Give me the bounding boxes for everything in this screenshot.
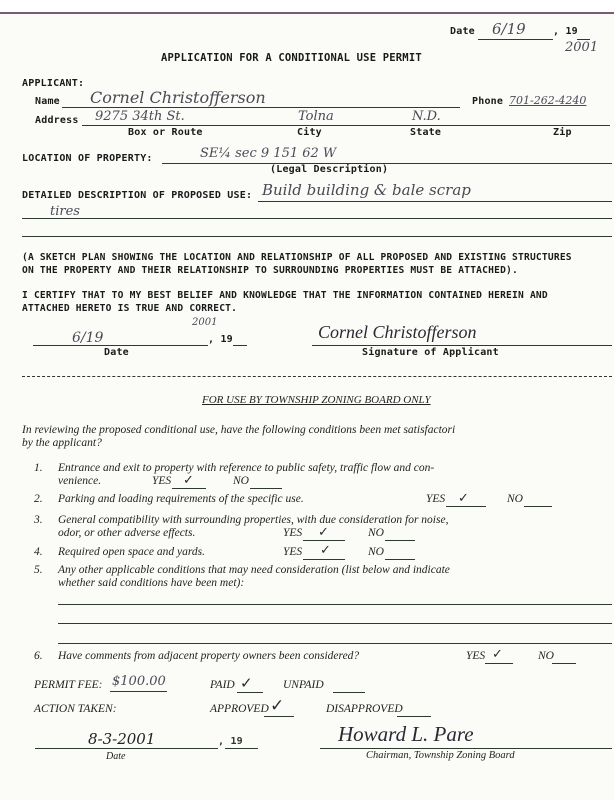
applicant-year-line [233, 345, 247, 346]
condition-1-no-label: NO [233, 475, 249, 487]
chairman-label: Chairman, Township Zoning Board [366, 750, 515, 761]
applicant-date-label: Date [104, 347, 129, 358]
condition-2-num: 2. [34, 493, 43, 505]
paid-line [237, 692, 263, 693]
decision-date-field[interactable]: 8-3-2001 [88, 730, 155, 748]
sketch-note-line2: ON THE PROPERTY AND THEIR RELATIONSHIP T… [22, 265, 518, 276]
zip-label: Zip [553, 127, 572, 138]
decision-year-prefix: , 19 [218, 736, 243, 747]
sketch-note-line1: (A SKETCH PLAN SHOWING THE LOCATION AND … [22, 252, 572, 263]
legal-description-label: (Legal Description) [270, 164, 388, 175]
header-date-value[interactable]: 6/19 [492, 20, 526, 38]
applicant-signature[interactable]: Cornel Christofferson [318, 322, 477, 343]
board-intro-line2: by the applicant? [22, 437, 102, 449]
condition-6-yes-line [485, 663, 513, 664]
description-field-line1[interactable]: Build building & bale scrap [262, 181, 471, 199]
applicant-year-prefix: , 19 [208, 334, 233, 345]
name-line [62, 107, 460, 108]
other-conditions-line-2[interactable] [58, 623, 612, 624]
condition-3-no-line[interactable] [385, 540, 415, 541]
condition-1-num: 1. [34, 462, 43, 474]
state-field[interactable]: N.D. [412, 109, 441, 124]
box-or-route-label: Box or Route [128, 127, 203, 138]
city-field[interactable]: Tolna [298, 109, 334, 124]
section-divider [22, 376, 612, 377]
phone-field[interactable]: 701-262-4240 [509, 94, 586, 107]
condition-2-yes-label: YES [426, 493, 445, 505]
condition-5-num: 5. [34, 564, 43, 576]
condition-5-text: Any other applicable conditions that may… [58, 564, 450, 576]
condition-1-yes-label: YES [152, 475, 171, 487]
location-field[interactable]: SE¼ sec 9 151 62 W [200, 146, 336, 161]
unpaid-line[interactable] [333, 692, 365, 693]
description-line-3 [22, 236, 612, 237]
condition-3-num: 3. [34, 514, 43, 526]
decision-date-label: Date [106, 751, 125, 762]
state-label: State [410, 127, 441, 138]
condition-1-no-line[interactable] [250, 488, 282, 489]
applicant-date-field[interactable]: 6/19 [72, 330, 103, 346]
disapproved-line[interactable] [397, 716, 431, 717]
paid-check[interactable]: ✓ [240, 674, 253, 692]
condition-4-text: Required open space and yards. [58, 546, 205, 558]
condition-6-no-line[interactable] [552, 663, 576, 664]
approved-label: APPROVED [210, 703, 269, 715]
header-year-value[interactable]: 2001 [565, 40, 598, 55]
condition-6-num: 6. [34, 650, 43, 662]
condition-6-no-label: NO [538, 650, 554, 662]
condition-2-no-line[interactable] [524, 506, 552, 507]
applicant-year-value[interactable]: 2001 [192, 317, 217, 328]
board-section-title: FOR USE BY TOWNSHIP ZONING BOARD ONLY [202, 394, 431, 406]
unpaid-label: UNPAID [283, 679, 324, 691]
name-field[interactable]: Cornel Christofferson [90, 88, 266, 107]
header-date-label: Date [450, 26, 475, 37]
condition-3-text: General compatibility with surrounding p… [58, 514, 448, 526]
condition-3-text-2: odor, or other adverse effects. [58, 527, 195, 539]
city-label: City [297, 127, 322, 138]
description-label: DETAILED DESCRIPTION OF PROPOSED USE: [22, 190, 252, 201]
applicant-section-label: APPLICANT: [22, 78, 84, 89]
action-taken-label: ACTION TAKEN: [34, 703, 117, 715]
description-field-line2[interactable]: tires [50, 204, 80, 219]
address-field[interactable]: 9275 34th St. [95, 109, 185, 124]
condition-4-yes-label: YES [283, 546, 302, 558]
condition-6-text: Have comments from adjacent property own… [58, 650, 359, 662]
applicant-signature-line [312, 345, 612, 346]
condition-2-yes-check[interactable]: ✓ [458, 491, 469, 506]
condition-2-yes-line [446, 506, 486, 507]
condition-6-yes-label: YES [466, 650, 485, 662]
condition-4-no-line[interactable] [385, 559, 415, 560]
name-label: Name [35, 96, 60, 107]
condition-3-yes-label: YES [283, 527, 302, 539]
condition-1-text: Entrance and exit to property with refer… [58, 462, 434, 474]
chairman-signature-line [320, 748, 612, 749]
condition-3-no-label: NO [368, 527, 384, 539]
location-label: LOCATION OF PROPERTY: [22, 153, 153, 164]
approved-check[interactable]: ✓ [270, 696, 284, 716]
condition-1-yes-check[interactable]: ✓ [183, 473, 194, 488]
phone-label: Phone [472, 96, 503, 107]
description-line-1 [258, 201, 612, 202]
condition-4-no-label: NO [368, 546, 384, 558]
board-intro-line1: In reviewing the proposed conditional us… [22, 424, 455, 436]
condition-4-yes-check[interactable]: ✓ [320, 543, 331, 558]
condition-3-yes-line [303, 540, 345, 541]
permit-fee-label: PERMIT FEE: [34, 679, 102, 691]
condition-5-text-2: whether said conditions have been met): [58, 577, 244, 589]
scan-top-edge [0, 0, 614, 14]
signature-label: Signature of Applicant [362, 347, 499, 358]
condition-6-yes-check[interactable]: ✓ [492, 647, 503, 662]
approved-line [264, 716, 294, 717]
header-date-line [478, 39, 553, 40]
address-label: Address [35, 115, 79, 126]
condition-1-text-2: venience. [58, 475, 101, 487]
condition-1-yes-line [172, 488, 206, 489]
applicant-date-line [33, 345, 208, 346]
header-year-prefix: , 19 [553, 26, 578, 37]
permit-fee-line [110, 691, 167, 692]
condition-2-text: Parking and loading requirements of the … [58, 493, 304, 505]
paid-label: PAID [210, 679, 235, 691]
decision-year-line [225, 748, 258, 749]
condition-2-no-label: NO [507, 493, 523, 505]
condition-4-num: 4. [34, 546, 43, 558]
condition-4-yes-line [303, 559, 345, 560]
page-title: APPLICATION FOR A CONDITIONAL USE PERMIT [161, 52, 422, 64]
disapproved-label: DISAPPROVED [326, 703, 403, 715]
decision-date-line [35, 748, 218, 749]
condition-3-yes-check[interactable]: ✓ [318, 525, 329, 540]
address-line [82, 125, 610, 126]
certify-line2: ATTACHED HERETO IS TRUE AND CORRECT. [22, 303, 237, 314]
other-conditions-line-1[interactable] [58, 604, 612, 605]
permit-fee-field[interactable]: $100.00 [112, 674, 166, 689]
other-conditions-line-3[interactable] [58, 643, 612, 644]
chairman-signature[interactable]: Howard L. Pare [338, 722, 474, 747]
description-line-2 [22, 218, 612, 219]
certify-line1: I CERTIFY THAT TO MY BEST BELIEF AND KNO… [22, 290, 548, 301]
